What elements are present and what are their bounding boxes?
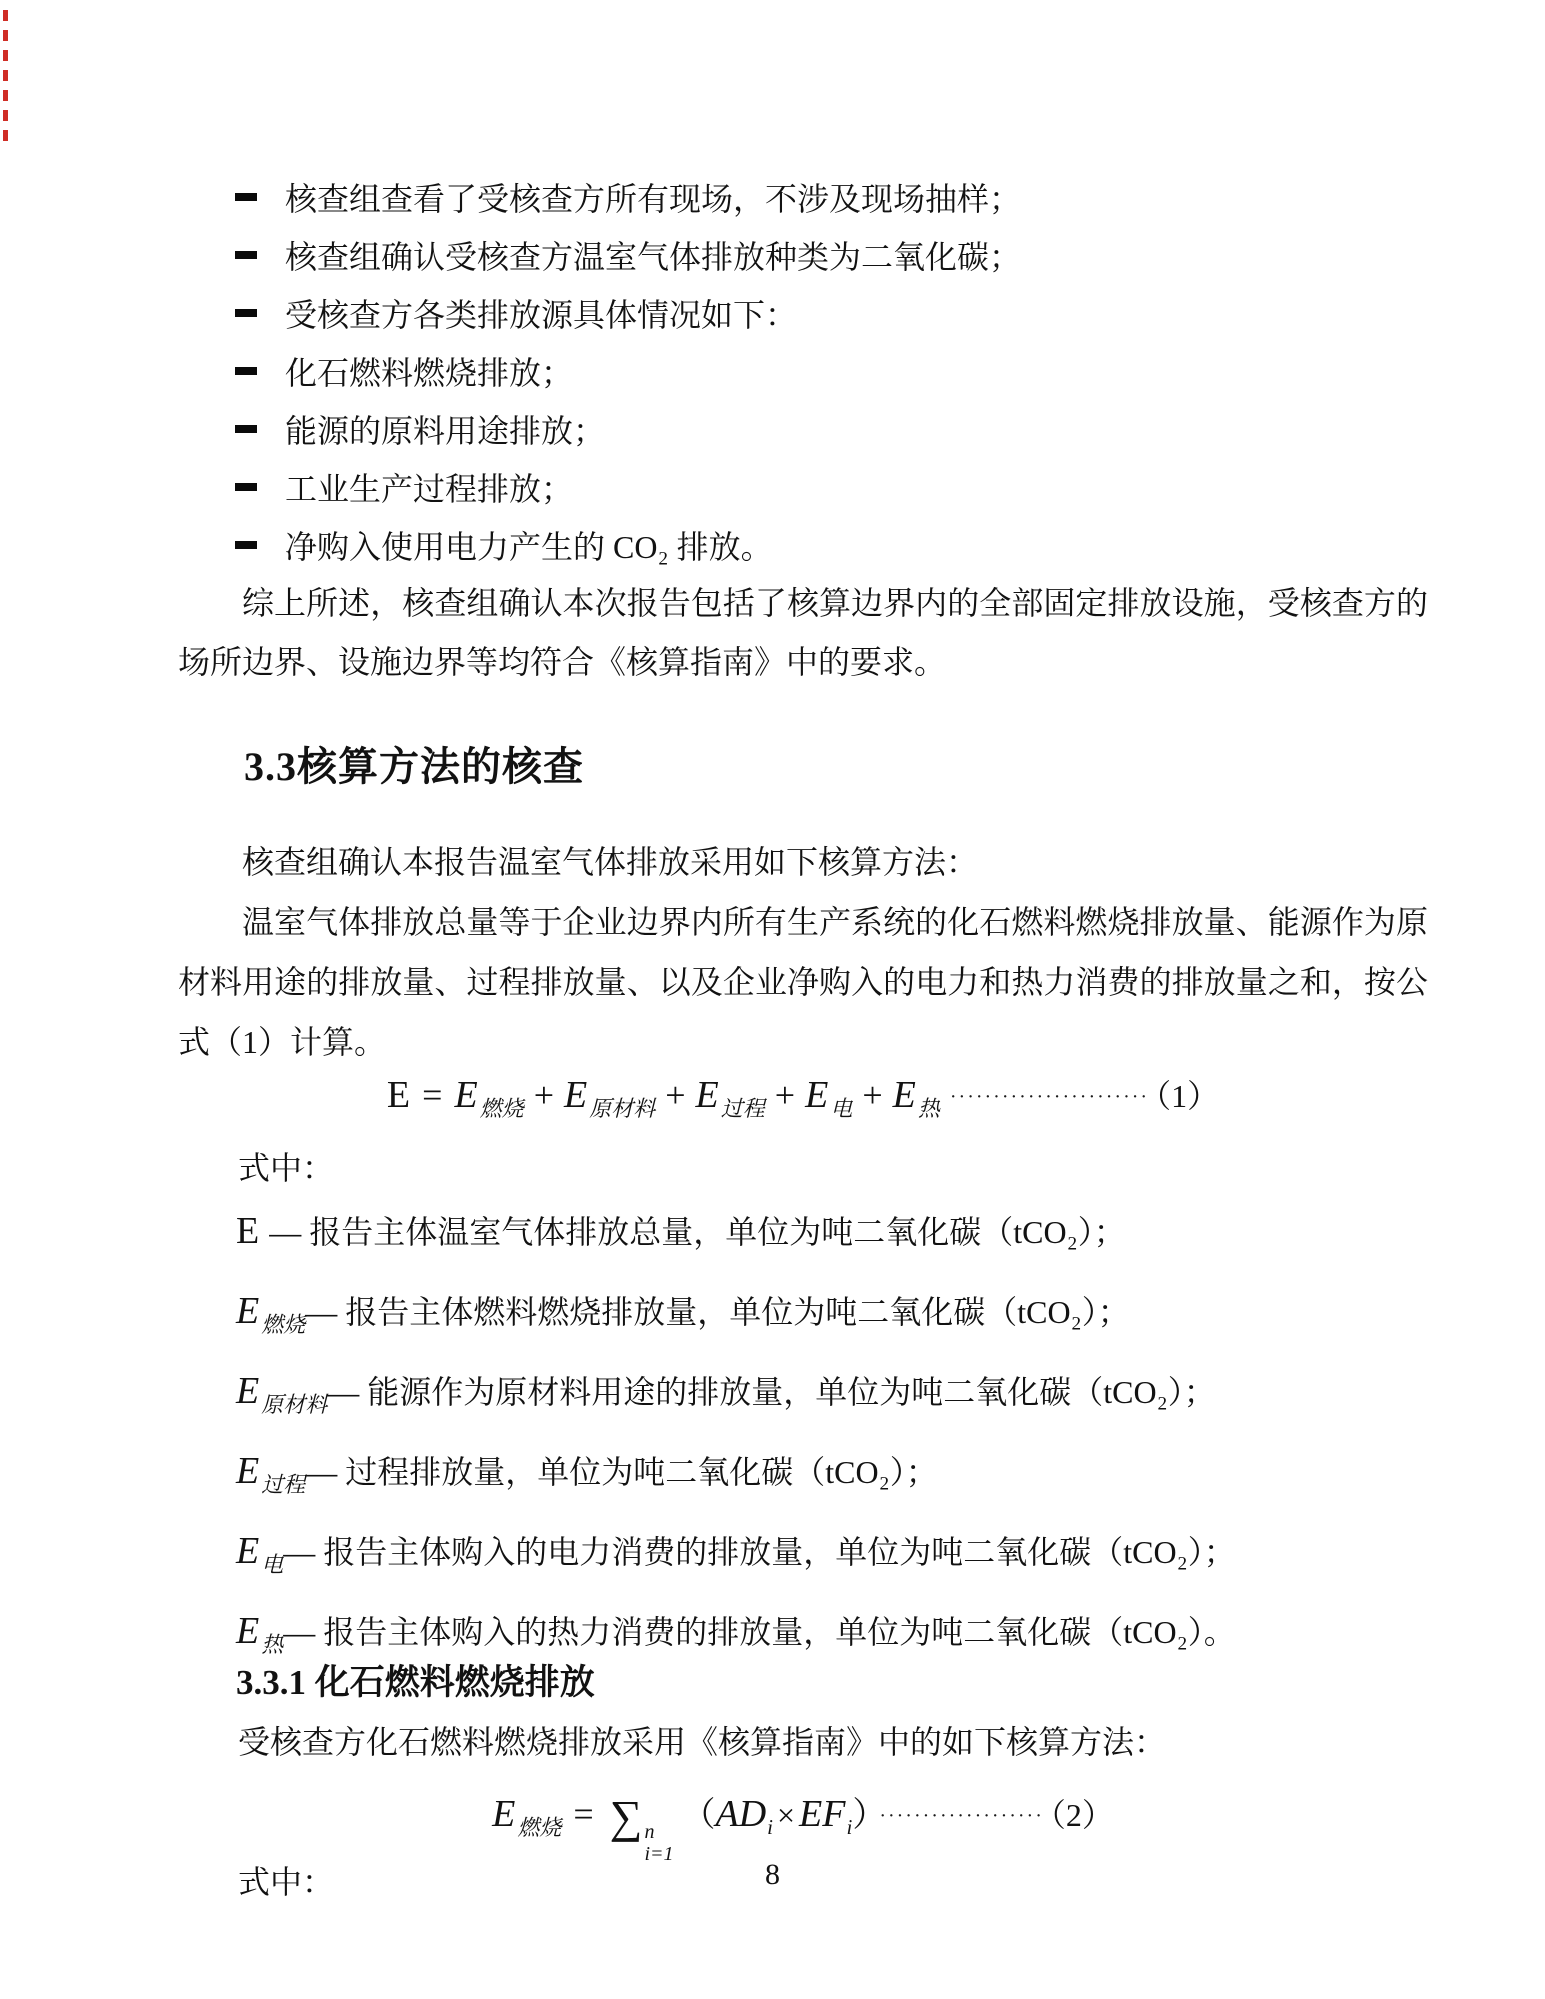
formula-1: E=E燃烧+E原材料+E过程+E电+E热····················… — [178, 1064, 1428, 1126]
formula-lhs: E — [387, 1074, 410, 1116]
term-base: E — [696, 1074, 719, 1116]
definition-text: — 过程排放量，单位为吨二氧化碳（tCO₂）； — [305, 1454, 938, 1490]
definition-row: E燃烧— 报告主体燃料燃烧排放量，单位为吨二氧化碳（tCO₂）； — [178, 1278, 1428, 1358]
term-subscript: 原材料 — [589, 1096, 655, 1121]
plus-sign: + — [534, 1075, 554, 1115]
dot-leader: ······················· — [950, 1086, 1149, 1108]
formula-lhs-base: E — [492, 1793, 515, 1835]
term-base: E — [454, 1074, 477, 1116]
dash-icon — [235, 309, 257, 317]
close-paren: ） — [852, 1797, 869, 1834]
sigma-icon: ∑ — [610, 1791, 643, 1842]
term-base: E — [564, 1074, 587, 1116]
method-intro-paragraph: 核查组确认本报告温室气体排放采用如下核算方法： — [178, 832, 1428, 892]
symbol-base: E — [236, 1370, 259, 1412]
list-item-text: 净购入使用电力产生的 CO₂ 排放。 — [285, 522, 773, 568]
plus-sign: + — [665, 1075, 685, 1115]
symbol-subscript: 电 — [261, 1552, 283, 1577]
list-item: 能源的原料用途排放； — [178, 400, 1428, 458]
definition-row: E电— 报告主体购入的电力消费的排放量，单位为吨二氧化碳（tCO₂）； — [178, 1518, 1428, 1598]
formula-2: E燃烧=∑ni=1（ADi×EFi）···················（2） — [178, 1776, 1428, 1852]
symbol-subscript: 过程 — [261, 1472, 305, 1497]
list-item-text: 受核查方各类排放源具体情况如下： — [285, 290, 797, 336]
dash-icon — [235, 367, 257, 375]
symbol-base: E — [236, 1450, 259, 1492]
dash-icon — [235, 193, 257, 201]
sigma-upper-limit: n — [644, 1822, 654, 1842]
page-content: 核查组查看了受核查方所有现场，不涉及现场抽样； 核查组确认受核查方温室气体排放种… — [178, 0, 1428, 1912]
definition-row: E — 报告主体温室气体排放总量，单位为吨二氧化碳（tCO₂）； — [178, 1198, 1428, 1278]
term-base: E — [805, 1074, 828, 1116]
term-base: E — [893, 1074, 916, 1116]
definition-text: — 能源作为原材料用途的排放量，单位为吨二氧化碳（tCO₂）； — [327, 1374, 1216, 1410]
symbol-base: E — [236, 1610, 259, 1652]
list-item-text: 核查组查看了受核查方所有现场，不涉及现场抽样； — [285, 174, 1021, 220]
term-subscript: 电 — [830, 1096, 852, 1121]
list-item-text: 化石燃料燃烧排放； — [285, 348, 573, 394]
dash-icon — [235, 541, 257, 549]
section-heading-3-3: 3.3核算方法的核查 — [178, 742, 1428, 792]
definition-text: — 报告主体购入的热力消费的排放量，单位为吨二氧化碳（tCO₂）。 — [283, 1614, 1236, 1650]
term-subscript: 过程 — [721, 1096, 765, 1121]
list-item: 工业生产过程排放； — [178, 458, 1428, 516]
formula-number: （1） — [1155, 1078, 1219, 1114]
equals-sign: = — [573, 1794, 593, 1834]
list-item-text: 核查组确认受核查方温室气体排放种类为二氧化碳； — [285, 232, 1021, 278]
list-item: 核查组查看了受核查方所有现场，不涉及现场抽样； — [178, 168, 1428, 226]
definition-text: — 报告主体温室气体排放总量，单位为吨二氧化碳（tCO₂）； — [261, 1214, 1126, 1250]
list-item: 受核查方各类排放源具体情况如下： — [178, 284, 1428, 342]
section-331-intro-paragraph: 受核查方化石燃料燃烧排放采用《核算指南》中的如下核算方法： — [178, 1712, 1428, 1772]
symbol-subscript: 原材料 — [261, 1392, 327, 1417]
symbol-base: E — [236, 1290, 259, 1332]
activity-data-subscript: i — [767, 1815, 773, 1839]
formula-lhs-subscript: 燃烧 — [517, 1815, 561, 1840]
where-label: 式中： — [178, 1138, 1428, 1198]
dash-icon — [235, 483, 257, 491]
symbol-base: E — [236, 1210, 259, 1252]
equals-sign: = — [422, 1075, 442, 1115]
plus-sign: + — [775, 1075, 795, 1115]
dash-icon — [235, 425, 257, 433]
definition-row: E原材料— 能源作为原材料用途的排放量，单位为吨二氧化碳（tCO₂）； — [178, 1358, 1428, 1438]
definition-row: E过程— 过程排放量，单位为吨二氧化碳（tCO₂）； — [178, 1438, 1428, 1518]
symbol-base: E — [236, 1530, 259, 1572]
red-dashed-tick-marks-icon — [3, 10, 8, 141]
summary-paragraph: 综上所述，核查组确认本次报告包括了核算边界内的全部固定排放设施，受核查方的场所边… — [178, 574, 1428, 692]
definition-text: — 报告主体燃料燃烧排放量，单位为吨二氧化碳（tCO₂）； — [305, 1294, 1130, 1330]
dash-icon — [235, 251, 257, 259]
definition-text: — 报告主体购入的电力消费的排放量，单位为吨二氧化碳（tCO₂）； — [283, 1534, 1236, 1570]
open-paren: （ — [682, 1797, 716, 1834]
list-item: 净购入使用电力产生的 CO₂ 排放。 — [178, 516, 1428, 574]
list-item-text: 工业生产过程排放； — [285, 464, 573, 510]
formula-number: （2） — [1050, 1797, 1114, 1833]
term-subscript: 热 — [918, 1096, 940, 1121]
symbol-subscript: 燃烧 — [261, 1312, 305, 1337]
page-number: 8 — [0, 1858, 1545, 1892]
activity-data-var: AD — [716, 1793, 767, 1835]
list-item: 化石燃料燃烧排放； — [178, 342, 1428, 400]
plus-sign: + — [862, 1075, 882, 1115]
emission-factor-var: EF — [799, 1793, 845, 1835]
dot-leader: ··················· — [879, 1805, 1044, 1827]
list-item: 核查组确认受核查方温室气体排放种类为二氧化碳； — [178, 226, 1428, 284]
document-page: 核查组查看了受核查方所有现场，不涉及现场抽样； 核查组确认受核查方温室气体排放种… — [0, 0, 1545, 1999]
symbol-subscript: 热 — [261, 1632, 283, 1657]
term-subscript: 燃烧 — [480, 1096, 524, 1121]
times-sign: × — [777, 1797, 795, 1833]
total-emissions-paragraph: 温室气体排放总量等于企业边界内所有生产系统的化石燃料燃烧排放量、能源作为原材料用… — [178, 892, 1428, 1072]
list-item-text: 能源的原料用途排放； — [285, 406, 605, 452]
